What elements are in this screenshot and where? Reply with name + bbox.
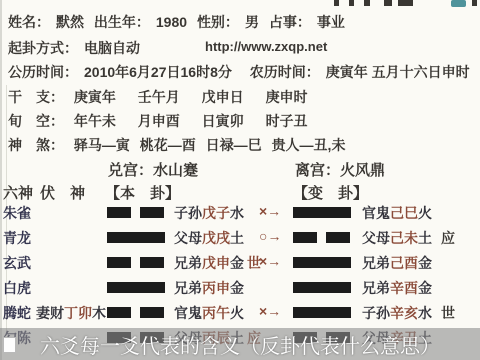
main-yao-yin-line <box>107 307 164 318</box>
changed-relative: 父母 <box>362 230 390 246</box>
birth-value: 1980 <box>156 14 187 30</box>
ganzhi-day: 戊申日 <box>202 89 244 105</box>
gender-value: 男 <box>245 14 259 30</box>
clipped-glyph <box>384 0 392 6</box>
liushen-label: 青龙 <box>3 228 31 248</box>
main-ganzhi: 丙申 <box>202 280 230 296</box>
liushen-label: 朱雀 <box>3 203 31 223</box>
name-label: 姓名： <box>8 14 50 30</box>
main-ganzhi: 戊戌 <box>202 230 230 246</box>
xunkong-day: 日寅卯 <box>202 113 244 129</box>
fushen-ganzhi: 丁卯 <box>64 305 92 321</box>
method-value: 电脑自动 <box>84 40 140 56</box>
xunkong-month: 月申酉 <box>138 113 180 129</box>
ganzhi-year: 庚寅年 <box>74 89 116 105</box>
topic-value: 事业 <box>317 14 345 30</box>
main-element: 水 <box>230 205 244 221</box>
person-info-line: 姓名：默然 出生年：1980 性别：男 占事：事业 <box>8 12 351 32</box>
lunar-time-value: 庚寅年 五月十六日申时 <box>326 64 470 80</box>
xunkong-line: 旬 空： 年午未 月申酉 日寅卯 时子丑 <box>8 111 314 131</box>
main-element: 金 <box>230 280 244 296</box>
changed-element: 水 <box>418 305 432 321</box>
liushen-label: 腾蛇 <box>3 303 31 323</box>
fushen-relative: 妻财 <box>36 305 64 321</box>
main-ganzhi: 戊申 <box>202 255 230 271</box>
changed-ganzhi: 己巳 <box>390 205 418 221</box>
time-line: 公历时间：2010年6月27日16时8分 农历时间：庚寅年 五月十六日申时 <box>8 62 476 82</box>
yao-row-6: 朱雀 子孙戊子水 ×→ 官鬼己巳火 <box>0 203 480 225</box>
main-element: 火 <box>230 305 244 321</box>
main-ganzhi: 丙午 <box>202 305 230 321</box>
clipped-glyph <box>349 0 354 6</box>
method-label: 起卦方式： <box>8 40 78 56</box>
ganzhi-line: 干 支： 庚寅年 壬午月 戊申日 庚申时 <box>8 87 314 107</box>
clipped-glyph <box>334 0 339 6</box>
topic-label: 占事： <box>269 14 311 30</box>
caption-title: 六爻每一爻代表的含义（反卦代表什么意思） <box>0 330 480 359</box>
col-main-hexagram: 【本 卦】 <box>105 182 180 203</box>
col-fushen: 伏 神 <box>40 182 85 203</box>
main-ganzhi: 戊子 <box>202 205 230 221</box>
yao-row-4: 玄武 兄弟戊申金 世 ×→ 兄弟己酉金 <box>0 253 480 275</box>
ganzhi-label: 干 支： <box>8 89 64 105</box>
main-yao-yin-line <box>107 207 164 218</box>
changed-ganzhi: 己酉 <box>390 255 418 271</box>
changed-element: 金 <box>418 255 432 271</box>
main-relative: 兄弟 <box>174 280 202 296</box>
change-arrow: ×→ <box>259 303 281 319</box>
changed-ganzhi: 己未 <box>390 230 418 246</box>
shensha-guiren: 贵人—丑,未 <box>272 137 346 153</box>
method-line: 起卦方式：电脑自动 <box>8 38 146 58</box>
col-changed-hexagram: 【变 卦】 <box>293 182 368 203</box>
yao-row-5: 青龙 父母戊戌土 ○→ 父母己未土 应 <box>0 228 480 250</box>
solar-time-value: 2010年6月27日16时8分 <box>84 64 232 80</box>
main-relative: 子孙 <box>174 205 202 221</box>
main-yao-yang-line <box>107 232 165 243</box>
gender-label: 性别： <box>197 14 239 30</box>
site-url: http://www.zxqp.net <box>205 39 327 54</box>
changed-yao-yang-line <box>293 307 351 318</box>
col-liushen: 六神 <box>3 182 33 203</box>
clipped-glyph <box>364 0 370 6</box>
main-hexagram-palace: 兑宫：水山蹇 <box>108 159 198 180</box>
changed-yao-yang-line <box>293 282 351 293</box>
shensha-yima: 驿马—寅 <box>74 137 130 153</box>
changed-element: 土 <box>418 230 432 246</box>
ganzhi-month: 壬午月 <box>138 89 180 105</box>
main-relative: 兄弟 <box>174 255 202 271</box>
liuyao-chart-page: { "header": { "line1": { "name_label": "… <box>0 0 480 360</box>
lunar-time-label: 农历时间： <box>250 64 320 80</box>
liushen-label: 玄武 <box>3 253 31 273</box>
solar-time-label: 公历时间： <box>8 64 78 80</box>
xunkong-label: 旬 空： <box>8 113 64 129</box>
shensha-rilu: 日禄—巳 <box>206 137 262 153</box>
hidden-spirit: 妻财丁卯木 <box>36 303 106 323</box>
name-value: 默然 <box>56 14 84 30</box>
small-white-box <box>3 337 16 353</box>
clipped-glyph <box>398 0 413 6</box>
changed-element: 金 <box>418 280 432 296</box>
yao-row-2: 腾蛇 妻财丁卯木 官鬼丙午火 ×→ 子孙辛亥水 世 <box>0 303 480 325</box>
fushen-element: 木 <box>92 305 106 321</box>
changed-relative: 子孙 <box>362 305 390 321</box>
clipped-glyph <box>472 0 477 6</box>
changed-relative: 兄弟 <box>362 280 390 296</box>
change-arrow: ×→ <box>259 253 281 269</box>
changed-ganzhi: 辛亥 <box>390 305 418 321</box>
changed-shi-ying-mark: 应 <box>441 228 455 248</box>
shensha-taohua: 桃花—酉 <box>140 137 196 153</box>
ganzhi-hour: 庚申时 <box>266 89 308 105</box>
changed-relative: 官鬼 <box>362 205 390 221</box>
shensha-line: 神 煞： 驿马—寅 桃花—酉 日禄—巳 贵人—丑,未 <box>8 135 351 155</box>
changed-hexagram-palace: 离宫：火风鼎 <box>295 159 385 180</box>
changed-yao-yin-line <box>293 232 350 243</box>
clipped-teal-icon <box>451 0 466 7</box>
changed-relative: 兄弟 <box>362 255 390 271</box>
changed-element: 火 <box>418 205 432 221</box>
change-arrow: ×→ <box>259 203 281 219</box>
main-relative: 父母 <box>174 230 202 246</box>
changed-yao-yang-line <box>293 257 351 268</box>
yao-row-3: 白虎 兄弟丙申金 兄弟辛酉金 <box>0 278 480 300</box>
birth-label: 出生年： <box>94 14 150 30</box>
xunkong-year: 年午未 <box>74 113 116 129</box>
shensha-label: 神 煞： <box>8 137 64 153</box>
changed-yao-yang-line <box>293 207 351 218</box>
liushen-label: 白虎 <box>3 278 31 298</box>
main-element: 土 <box>230 230 244 246</box>
changed-shi-ying-mark: 世 <box>441 303 455 323</box>
main-yao-yin-line <box>107 257 164 268</box>
main-relative: 官鬼 <box>174 305 202 321</box>
main-yao-yang-line <box>107 282 165 293</box>
changed-ganzhi: 辛酉 <box>390 280 418 296</box>
change-arrow: ○→ <box>259 228 281 244</box>
main-element: 金 <box>230 255 244 271</box>
xunkong-hour: 时子丑 <box>266 113 308 129</box>
